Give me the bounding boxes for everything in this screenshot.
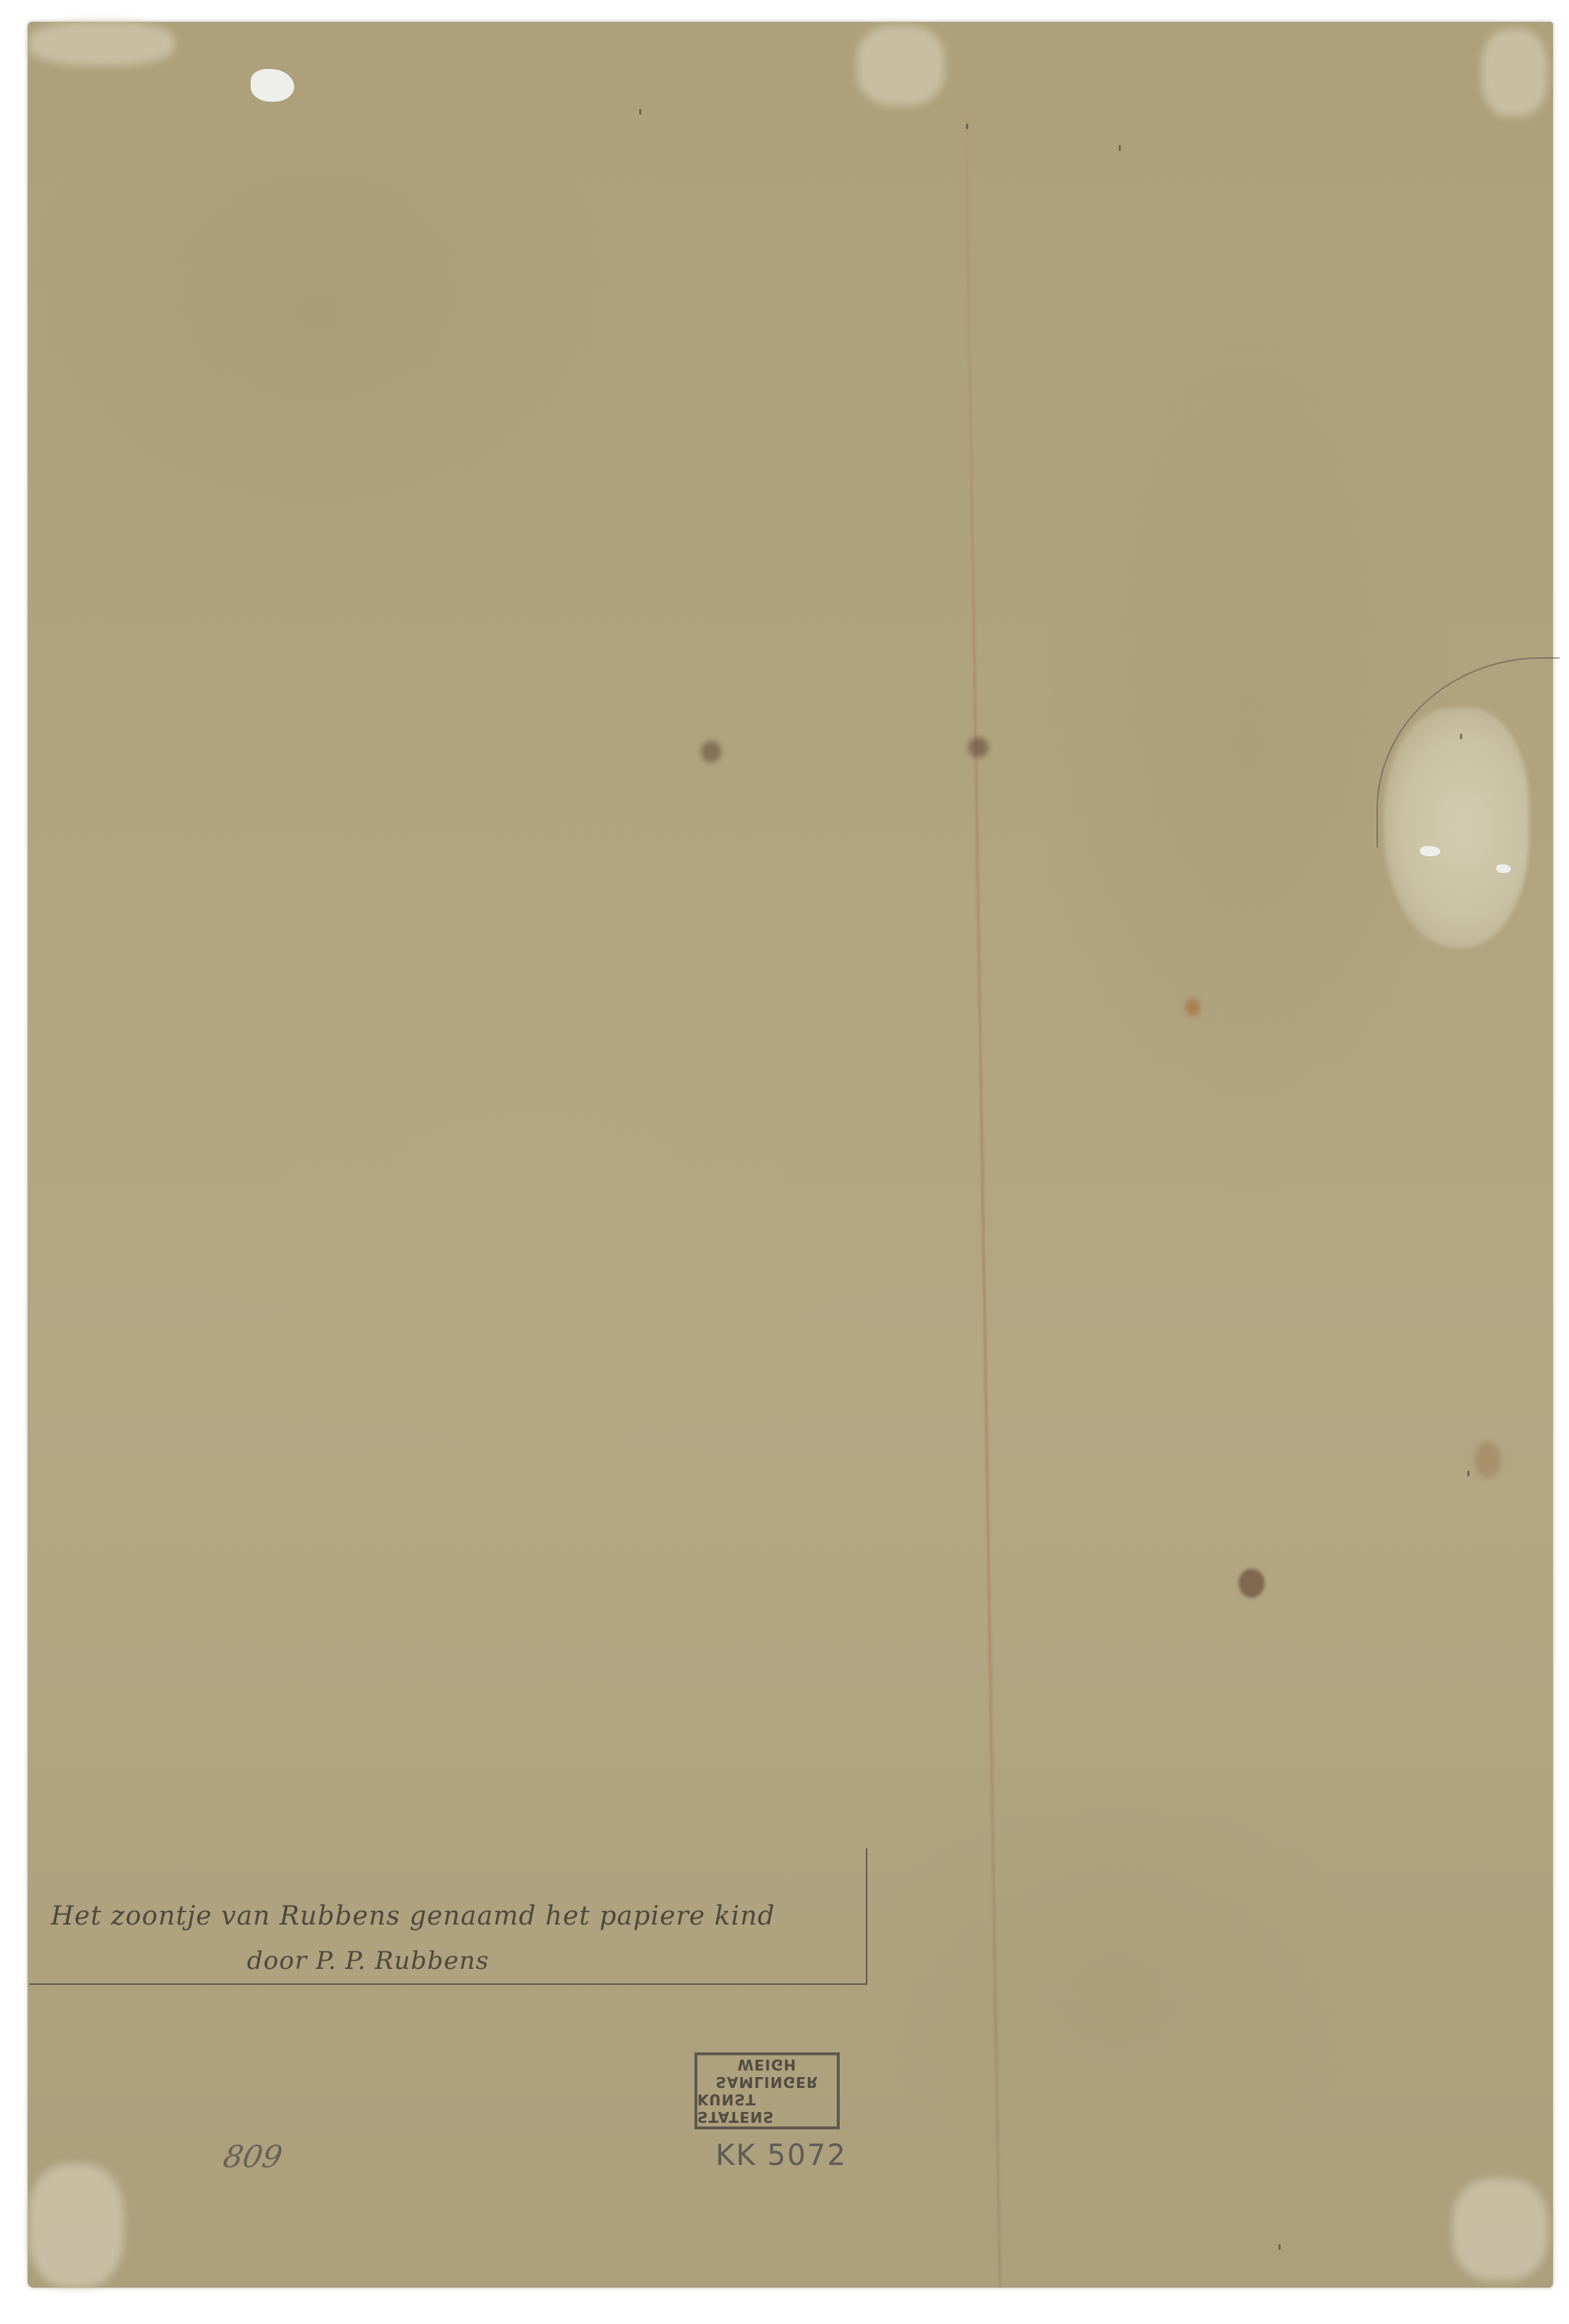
fleck [1278,2244,1281,2250]
fleck [966,123,968,129]
fleck [1460,734,1462,739]
edge-wear-bottom-left [29,2164,123,2288]
stamp-line-3: WEIGH [737,2056,796,2073]
accession-number: KK 5072 [715,2139,847,2172]
foxing-spot [701,741,721,763]
inventory-number: 809 [221,2139,285,2174]
edge-wear-top-right [857,25,944,105]
vertical-crease [962,22,1001,2288]
inscription-line-1: Het zoontje van Rubbens genaamd het papi… [51,1901,775,1931]
edge-wear-bottom-right [1453,2179,1547,2280]
paper-loss-top [251,69,294,102]
ink-speckle-cluster [1238,1569,1265,1598]
fleck [1119,145,1121,151]
stamp-line-1: STATENS KUNST [697,2091,837,2126]
stamp-line-2: SAMLINGER [715,2073,818,2091]
white-fleck [1420,846,1440,856]
fleck [1467,1471,1469,1476]
collection-stamp: STATENS KUNST SAMLINGER WEIGH [694,2052,840,2129]
foxing-spot [968,737,989,757]
white-fleck [1496,864,1511,873]
inscription-line-2: door P. P. Rubbens [247,1946,489,1975]
fleck [639,109,641,115]
edge-wear-top-far-right [1482,29,1547,116]
foxing-spot [1185,999,1200,1016]
foxing-spot [1475,1442,1501,1478]
edge-wear-top-left [29,22,174,65]
